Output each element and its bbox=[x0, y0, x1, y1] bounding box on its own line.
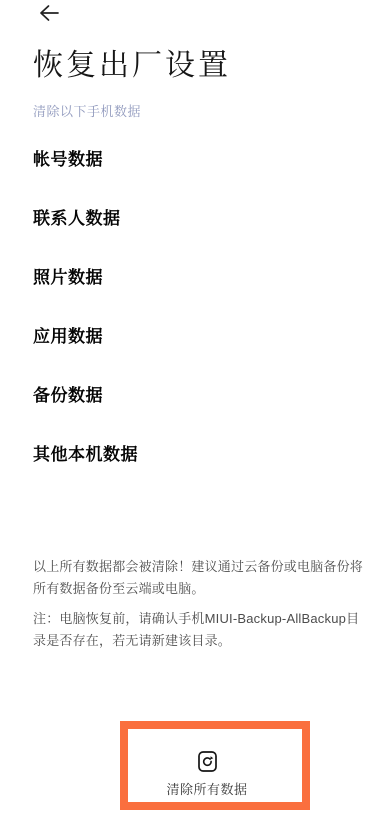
list-item-contacts-data: 联系人数据 bbox=[33, 187, 359, 246]
backup-note-line: 录是否存在，若无请新建该目录。 bbox=[33, 630, 367, 652]
backup-directory-note: 注：电脑恢复前，请确认手机MIUI-Backup-AllBackup目 录是否存… bbox=[33, 608, 367, 652]
list-item-label: 帐号数据 bbox=[33, 145, 103, 170]
warning-note-line: 以上所有数据都会被清除！建议通过云备份或电脑备份将 bbox=[33, 556, 367, 578]
list-item-photos-data: 照片数据 bbox=[33, 246, 359, 305]
reset-erase-icon bbox=[198, 751, 217, 772]
erase-all-data-button[interactable]: 清除所有数据 bbox=[107, 751, 307, 798]
list-item-backup-data: 备份数据 bbox=[33, 364, 359, 423]
list-item-label: 备份数据 bbox=[33, 381, 103, 406]
list-item-label: 其他本机数据 bbox=[33, 440, 138, 465]
data-type-list: 帐号数据 联系人数据 照片数据 应用数据 备份数据 其他本机数据 bbox=[33, 128, 359, 482]
list-item-label: 照片数据 bbox=[33, 263, 103, 288]
page-subtitle: 清除以下手机数据 bbox=[33, 101, 141, 120]
list-item-label: 联系人数据 bbox=[33, 204, 121, 229]
list-item-apps-data: 应用数据 bbox=[33, 305, 359, 364]
backup-note-line: 注：电脑恢复前，请确认手机MIUI-Backup-AllBackup目 bbox=[33, 608, 367, 630]
list-item-label: 应用数据 bbox=[33, 322, 103, 347]
back-arrow-icon bbox=[37, 2, 61, 24]
list-item-other-local-data: 其他本机数据 bbox=[33, 423, 359, 482]
page-title: 恢复出厂设置 bbox=[33, 40, 231, 84]
erase-all-data-label: 清除所有数据 bbox=[166, 779, 247, 798]
warning-note: 以上所有数据都会被清除！建议通过云备份或电脑备份将 所有数据备份至云端或电脑。 bbox=[33, 556, 367, 600]
list-item-account-data: 帐号数据 bbox=[33, 128, 359, 187]
back-button[interactable] bbox=[35, 0, 63, 26]
warning-note-line: 所有数据备份至云端或电脑。 bbox=[33, 578, 367, 600]
factory-reset-screen: 恢复出厂设置 清除以下手机数据 帐号数据 联系人数据 照片数据 应用数据 备份数… bbox=[0, 0, 379, 817]
